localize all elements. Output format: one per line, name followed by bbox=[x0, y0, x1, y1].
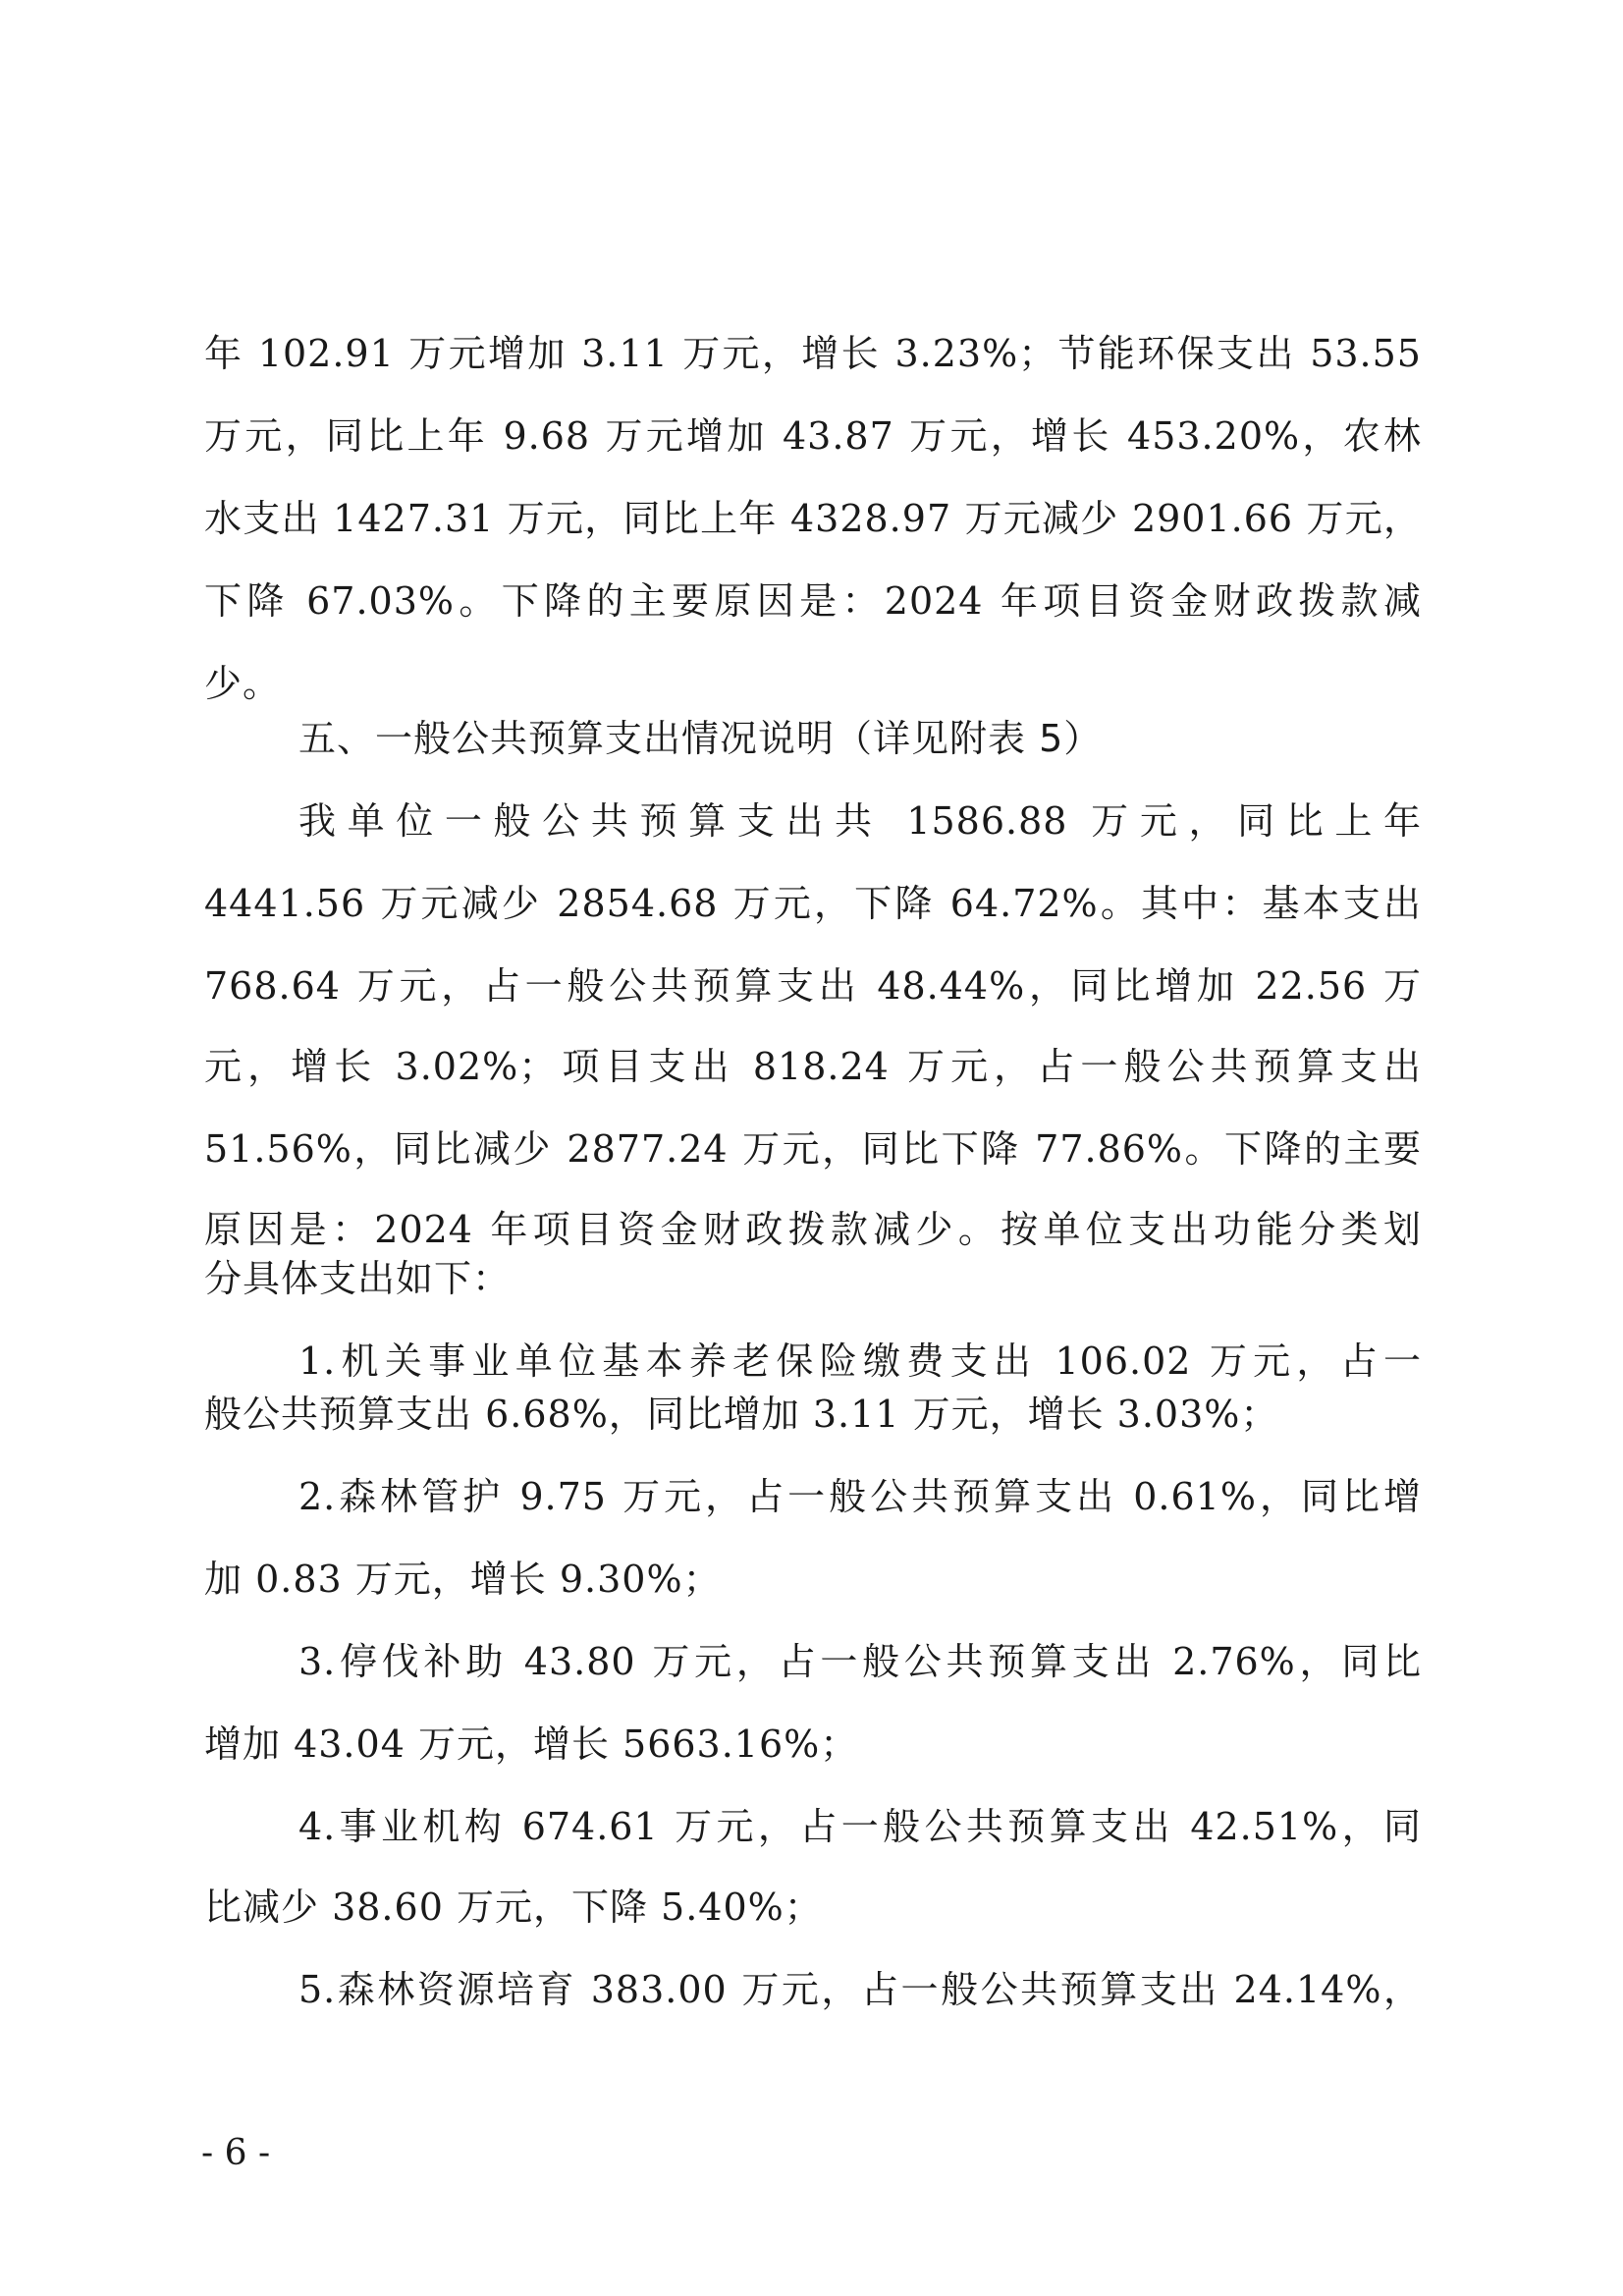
page-number: - 6 - bbox=[201, 2133, 270, 2173]
paragraph-line: 768.64 万元，占一般公共预算支出 48.44%，同比增加 22.56 万 bbox=[204, 957, 1422, 1015]
list-item-line: 般公共预算支出 6.68%，同比增加 3.11 万元，增长 3.03%； bbox=[204, 1385, 1278, 1444]
paragraph-line: 下降 67.03%。下降的主要原因是：2024 年项目资金财政拨款减 bbox=[204, 572, 1422, 630]
list-item-line: 1.机关事业单位基本养老保险缴费支出 106.02 万元，占一 bbox=[298, 1332, 1422, 1391]
paragraph-line: 元，增长 3.02%；项目支出 818.24 万元，占一般公共预算支出 bbox=[204, 1037, 1422, 1096]
paragraph-line: 分具体支出如下： bbox=[204, 1249, 511, 1308]
list-item-line: 加 0.83 万元，增长 9.30%； bbox=[204, 1550, 722, 1609]
paragraph-line: 4441.56 万元减少 2854.68 万元，下降 64.72%。其中：基本支… bbox=[204, 874, 1422, 933]
paragraph-line: 万元，同比上年 9.68 万元增加 43.87 万元，增长 453.20%，农林 bbox=[204, 407, 1422, 465]
paragraph-line: 年 102.91 万元增加 3.11 万元，增长 3.23%；节能环保支出 53… bbox=[204, 324, 1422, 383]
document-page: 年 102.91 万元增加 3.11 万元，增长 3.23%；节能环保支出 53… bbox=[0, 0, 1623, 2296]
list-item-line: 4.事业机构 674.61 万元，占一般公共预算支出 42.51%，同 bbox=[298, 1797, 1422, 1856]
paragraph-line: 51.56%，同比减少 2877.24 万元，同比下降 77.86%。下降的主要 bbox=[204, 1120, 1422, 1178]
paragraph-line: 少。 bbox=[204, 654, 281, 713]
list-item-line: 3.停伐补助 43.80 万元，占一般公共预算支出 2.76%，同比 bbox=[298, 1632, 1422, 1691]
section-heading: 五、一般公共预算支出情况说明（详见附表 5） bbox=[298, 709, 1102, 768]
list-item-line: 增加 43.04 万元，增长 5663.16%； bbox=[204, 1715, 858, 1774]
list-item-line: 比减少 38.60 万元，下降 5.40%； bbox=[204, 1878, 823, 1937]
list-item-line: 5.森林资源培育 383.00 万元，占一般公共预算支出 24.14%， bbox=[298, 1960, 1422, 2019]
list-item-line: 2.森林管护 9.75 万元，占一般公共预算支出 0.61%，同比增 bbox=[298, 1467, 1422, 1526]
paragraph-line: 我单位一般公共预算支出共 1586.88 万元，同比上年 bbox=[298, 792, 1422, 850]
paragraph-line: 水支出 1427.31 万元，同比上年 4328.97 万元减少 2901.66… bbox=[204, 489, 1422, 548]
